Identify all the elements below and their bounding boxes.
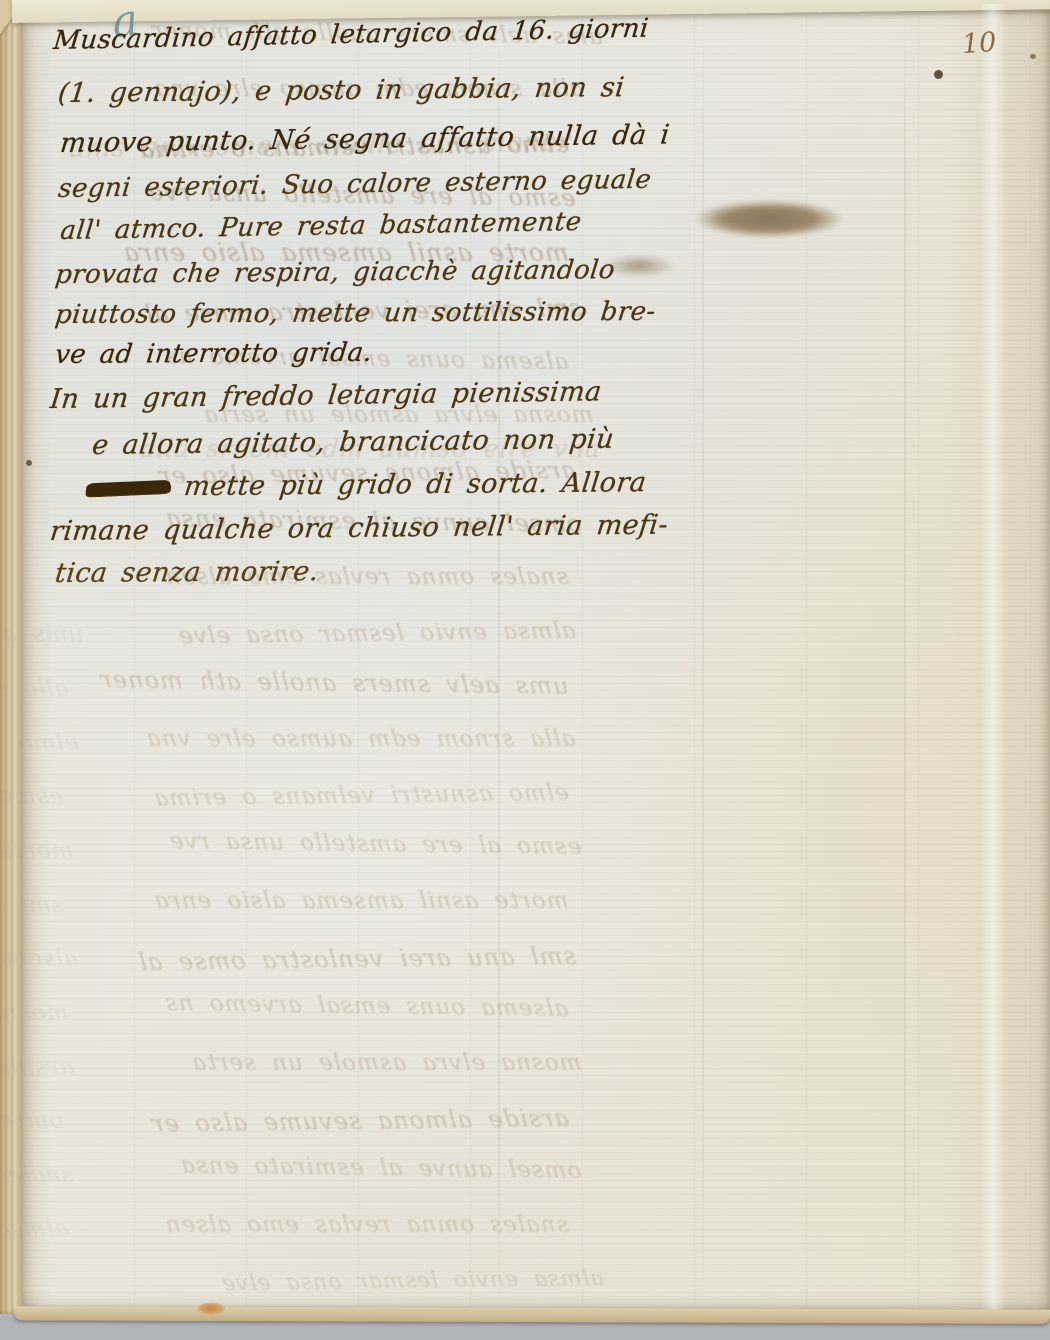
- bleedthrough-line: alsema ouns emsal arvemo ns: [164, 990, 570, 1022]
- crossed-out-word: [85, 480, 170, 497]
- bleedthrough-line: morte asnil amsema alsio enra: [153, 888, 570, 914]
- manuscript-line: e allora agitato, brancicato non più: [91, 424, 616, 461]
- chain-line: [702, 4, 704, 1310]
- manuscript-line: mette più grido di sorta. Allora: [84, 467, 648, 503]
- manuscript-line: ve ad interrotto grida.: [54, 338, 374, 370]
- bleedthrough-line: arside almona sevume also er: [149, 1104, 570, 1138]
- paper-leaf: 10 a ums aelv smers anolle ath moneralla…: [22, 4, 1050, 1310]
- manuscript-line: all' atmco. Pure resta bastantemente: [59, 207, 583, 246]
- manuscript-line: In un gran freddo letargia pienissima: [49, 376, 604, 415]
- manuscript-line: tica senza morire.: [53, 556, 320, 589]
- bleedthrough-line: sml anu arei venlostra omse al: [136, 942, 577, 976]
- ink-dot: [934, 70, 943, 79]
- bleedthrough-line: mosna elvra asmole un serta: [190, 1050, 583, 1076]
- scanned-manuscript-page: 10 a ums aelv smers anolle ath moneralla…: [0, 0, 1050, 1340]
- manuscript-line: provata che respira, giacchè agitandolo: [54, 255, 617, 290]
- paper-speck: [1030, 54, 1036, 59]
- vertical-fold: [980, 4, 1006, 1310]
- manuscript-line: piuttosto fermo, mette un sottilissimo b…: [53, 297, 657, 330]
- ink-smudge: [694, 200, 844, 238]
- bleedthrough-line: almsa envio lesmar onsa elve: [220, 1266, 605, 1296]
- bleedthrough-line: snales omna revlas emo alsen: [163, 1212, 569, 1238]
- manuscript-line: muove punto. Né segna affatto nulla dà i: [59, 119, 672, 159]
- bleedthrough-line: omsel aunve al esmirato ensa: [179, 1152, 582, 1184]
- ink-dot: [26, 460, 32, 466]
- chain-line: [904, 4, 906, 1310]
- page-number: 10: [961, 27, 997, 60]
- chain-line: [498, 4, 500, 1310]
- manuscript-line: segni esteriori. Suo calore esterno egua…: [57, 165, 653, 204]
- manuscript-line: (1. gennajo), e posto in gabbia, non si: [57, 72, 627, 109]
- bleedthrough-line: alla srnom edm aumso elre vna: [145, 726, 577, 752]
- bleedthrough-line: almsa envio lesmar onsa elve: [177, 618, 577, 650]
- bleedthrough-line: elmo asnustri velmans o erima: [152, 780, 570, 812]
- bleedthrough-line: esmo al ere amstello unsa rve: [168, 828, 583, 860]
- manuscript-line: rimane qualche ora chiuso nell' aria mef…: [49, 510, 670, 548]
